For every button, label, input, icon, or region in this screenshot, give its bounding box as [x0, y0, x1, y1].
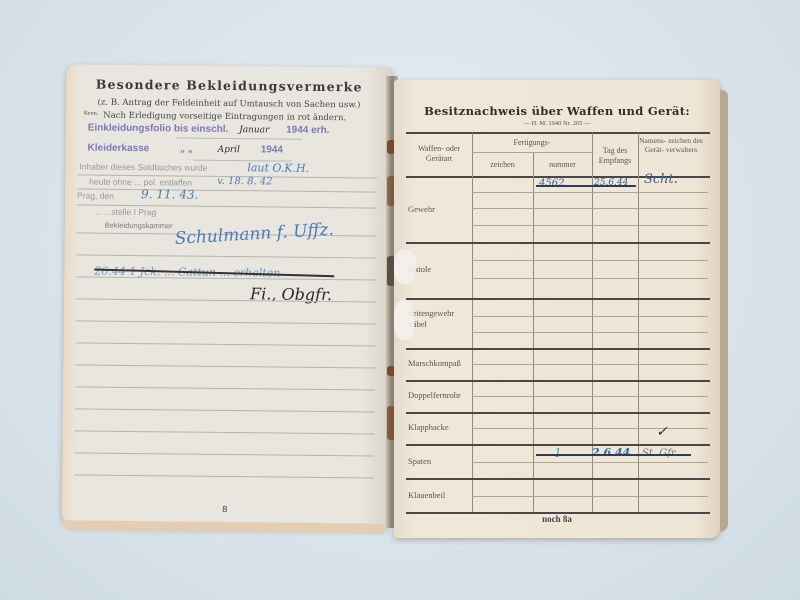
row-subrule — [472, 260, 708, 261]
column-header-zeichen: zeichen — [472, 160, 533, 170]
table-top-rule — [406, 132, 710, 134]
row-subrule — [472, 192, 708, 193]
dotted-rule — [176, 137, 302, 139]
row-subrule — [472, 332, 708, 333]
strike-through-line — [536, 185, 636, 187]
page-subtitle: — H. M. 1940 Nr. 205 — — [394, 120, 720, 127]
row-label-marschkompass: Marschkompaß — [408, 358, 461, 368]
today-line: heute ohne ... pol. entlaffen — [89, 177, 192, 188]
date-label: Prag, den — [77, 190, 114, 200]
page-subtitle: (z. B. Antrag der Feldeinheit auf Umtaus… — [66, 97, 392, 110]
stamp-issue-1: Einkleidungsfolio bis einschl. Januar 19… — [88, 123, 330, 137]
page-footer: noch 8a — [394, 514, 720, 524]
row-label-gewehr: Gewehr — [408, 204, 435, 214]
row-subrule — [472, 428, 708, 429]
column-header-fertigung: Fertigungs- — [472, 138, 592, 148]
row-rule — [406, 380, 710, 382]
holder-line: Inhaber dieses Soldbuches wurde — [79, 161, 207, 172]
header-subrule — [472, 152, 592, 153]
handwritten-order-date: v. 18. 8. 42 — [217, 176, 272, 188]
unit-line: ... ...stelle I Prag — [95, 207, 157, 218]
rule — [74, 452, 374, 456]
row-label-klauenbeil: Klauenbeil — [408, 490, 445, 500]
rule — [75, 408, 375, 412]
page-edge — [62, 520, 388, 533]
row-rule — [406, 298, 710, 300]
row-subrule — [472, 225, 708, 226]
stamp-issue-2: Kleiderkasse „ „ April 1944 — [87, 143, 283, 156]
row-subrule — [472, 396, 708, 397]
row-subrule — [472, 364, 708, 365]
rule — [74, 474, 374, 478]
handwritten-month: Januar — [239, 125, 269, 135]
column-header-signature: Namens- zeichen des Gerät- verwalters — [638, 136, 704, 154]
row-subrule — [472, 208, 708, 209]
page-title: Besitznachweis über Waffen und Gerät: — [394, 104, 720, 118]
stamp-year: 1944 — [261, 144, 283, 155]
rule — [76, 342, 376, 346]
spaten-nummer: 1 — [554, 446, 562, 460]
gewehr-nummer: 4562 — [539, 178, 564, 189]
paper-damage — [394, 300, 414, 340]
rule — [75, 364, 375, 368]
stamp-label: Einkleidungsfolio bis einschl. — [88, 123, 229, 135]
handwritten-date: 9. 11. 43. — [141, 187, 198, 202]
rule — [76, 320, 376, 324]
unit-line-2: Bekleidungskammer — [105, 221, 173, 231]
page-title: Besondere Bekleidungsvermerke — [66, 76, 392, 94]
gewehr-date: 25.6.44 — [594, 178, 628, 188]
row-label-seitengewehr: Seitengewehr Säbel — [408, 308, 454, 330]
handwritten-authority: laut O.K.H. — [247, 161, 309, 175]
rule — [75, 386, 375, 390]
handwritten-month: April — [218, 145, 240, 155]
right-page: Besitznachweis über Waffen und Gerät: — … — [394, 80, 720, 538]
instruction-note: Kenn. Nach Erledigung vorseitige Eintrag… — [84, 110, 346, 123]
row-rule — [406, 242, 710, 244]
spaten-date: 2.6.44 — [592, 446, 630, 459]
row-subrule — [472, 496, 708, 497]
column-divider — [472, 133, 473, 513]
row-rule — [406, 348, 710, 350]
page-number: 8 — [62, 502, 388, 515]
check-mark: ✓ — [656, 424, 668, 440]
paper-damage — [394, 250, 416, 284]
rule — [76, 254, 376, 258]
rule — [77, 188, 377, 192]
row-rule — [406, 478, 710, 480]
rule — [75, 430, 375, 434]
signature-1: Schulmann f. Uffz. — [174, 220, 334, 249]
stamp-label: Kleiderkasse — [87, 143, 149, 155]
column-divider — [638, 133, 639, 513]
page-edge — [720, 90, 728, 532]
row-subrule — [472, 462, 708, 463]
row-label-klapphacke: Klapphacke — [408, 422, 449, 432]
note-prefix: Kenn. — [84, 110, 99, 116]
row-subrule — [472, 278, 708, 279]
stamp-year: 1944 erh. — [286, 125, 329, 136]
row-subrule — [472, 316, 708, 317]
row-label-doppelfernrohr: Doppelfernrohr — [408, 390, 461, 400]
row-label-spaten: Spaten — [408, 456, 431, 466]
row-rule — [406, 412, 710, 414]
gewehr-signature: Scht. — [644, 172, 678, 187]
left-page: Besondere Bekleidungsvermerke (z. B. Ant… — [62, 64, 393, 529]
note-text: Nach Erledigung vorseitige Eintragungen … — [103, 111, 346, 124]
ditto-marks: „ „ — [180, 144, 193, 155]
strike-through-line — [536, 454, 691, 456]
column-header-nummer: nummer — [533, 160, 592, 170]
column-header-type: Waffen- oder Gerätart — [406, 144, 472, 164]
column-header-date: Tag des Empfangs — [592, 146, 638, 166]
